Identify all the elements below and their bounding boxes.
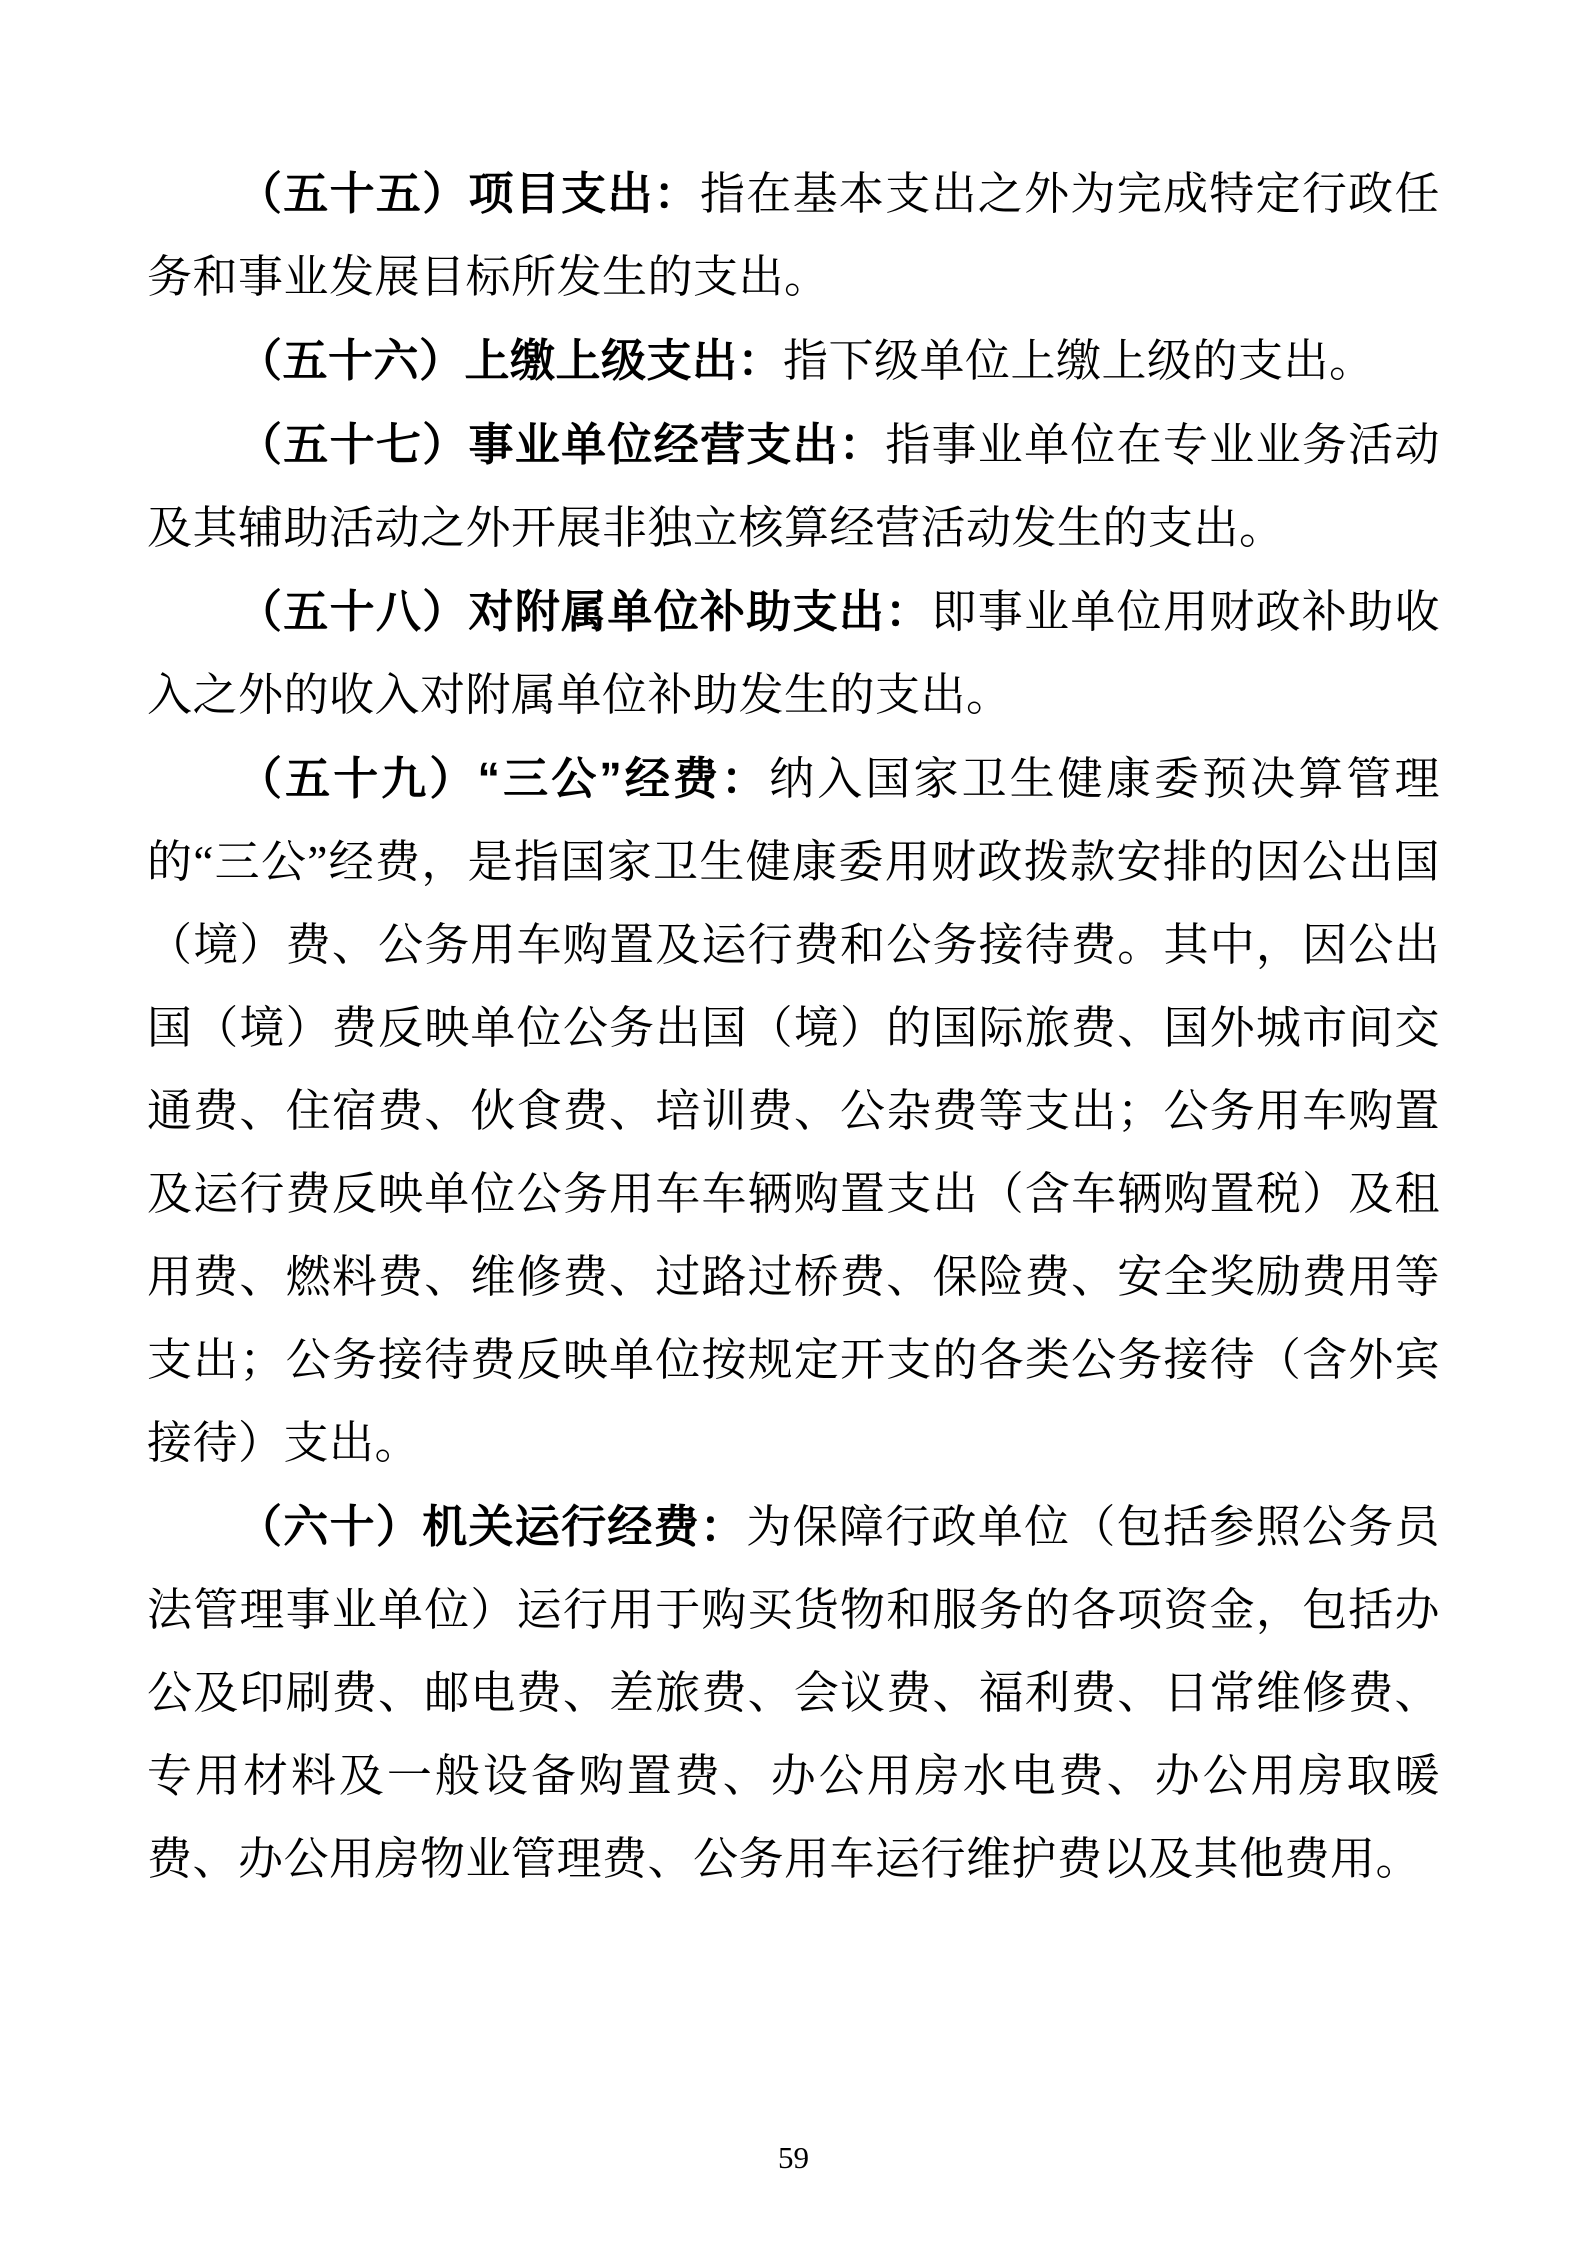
- term-label: （五十八）对附属单位补助支出：: [237, 586, 931, 637]
- term-label: （五十九）“三公”经费：: [237, 753, 769, 804]
- term-definition: 纳入国家卫生健康委预决算管理的“三公”经费，是指国家卫生健康委用财政拨款安排的因…: [147, 754, 1440, 1468]
- term-label: （五十七）事业单位经营支出：: [237, 419, 885, 470]
- paragraph-60-agency-operating-funds: （六十）机关运行经费：为保障行政单位（包括参照公务员法管理事业单位）运行用于购买…: [147, 1485, 1440, 1901]
- term-label: （五十五）项目支出：: [237, 168, 700, 219]
- term-label: （五十六）上缴上级支出：: [237, 335, 783, 386]
- term-definition: 为保障行政单位（包括参照公务员法管理事业单位）运行用于购买货物和服务的各项资金，…: [147, 1502, 1440, 1884]
- paragraph-57-institution-operating-expenditure: （五十七）事业单位经营支出：指事业单位在专业业务活动及其辅助活动之外开展非独立核…: [147, 403, 1440, 570]
- paragraph-56-payment-to-higher-level: （五十六）上缴上级支出：指下级单位上缴上级的支出。: [147, 319, 1440, 403]
- page-number: 59: [0, 2138, 1587, 2178]
- document-body: （五十五）项目支出：指在基本支出之外为完成特定行政任务和事业发展目标所发生的支出…: [147, 152, 1440, 1901]
- paragraph-59-three-public-funds: （五十九）“三公”经费：纳入国家卫生健康委预决算管理的“三公”经费，是指国家卫生…: [147, 737, 1440, 1485]
- paragraph-58-subsidy-to-affiliated-units: （五十八）对附属单位补助支出：即事业单位用财政补助收入之外的收入对附属单位补助发…: [147, 570, 1440, 737]
- paragraph-55-project-expenditure: （五十五）项目支出：指在基本支出之外为完成特定行政任务和事业发展目标所发生的支出…: [147, 152, 1440, 319]
- document-page: （五十五）项目支出：指在基本支出之外为完成特定行政任务和事业发展目标所发生的支出…: [0, 0, 1587, 2245]
- term-definition: 指下级单位上缴上级的支出。: [783, 336, 1375, 386]
- term-label: （六十）机关运行经费：: [237, 1501, 746, 1552]
